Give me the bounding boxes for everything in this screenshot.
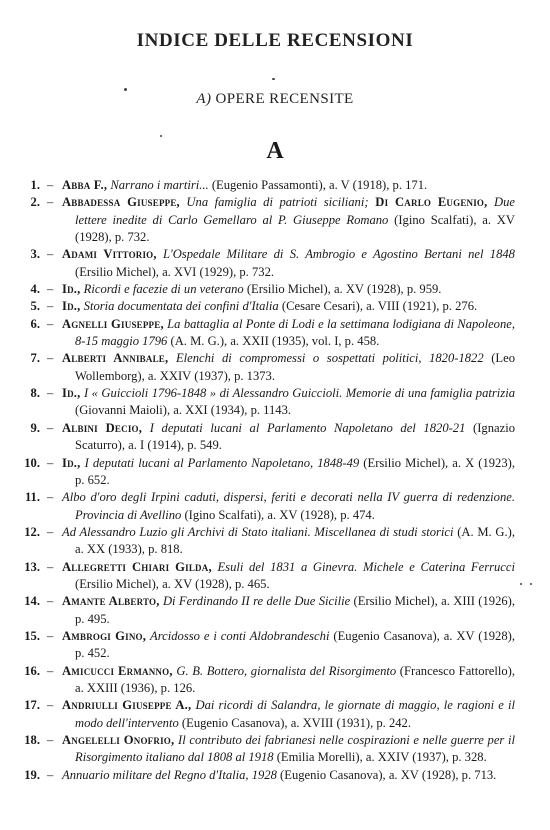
section-label: A)	[196, 91, 211, 107]
dash: –	[47, 177, 53, 194]
list-item: 16.–Amicucci Ermanno, G. B. Bottero, gio…	[0, 663, 550, 698]
entry-number: 15.	[0, 628, 40, 645]
entry-number: 14.	[0, 593, 40, 610]
dash: –	[47, 697, 53, 714]
entry-number: 11.	[0, 489, 40, 506]
entry-author: Andriulli Giuseppe A.,	[62, 698, 191, 712]
entry-work: Arcidosso e i conti Aldobrandeschi	[150, 629, 329, 643]
entry-author: Id.,	[62, 299, 81, 313]
entry-author-2: Di Carlo Eugenio,	[369, 195, 488, 209]
entry-work: Annuario militare del Regno d'Italia, 19…	[62, 768, 277, 782]
entry-number: 4.	[0, 281, 40, 298]
list-item: 2.–Abbadessa Giuseppe, Una famiglia di p…	[0, 194, 550, 246]
section-title: OPERE RECENSITE	[216, 91, 354, 107]
entry-details: (Ersilio Michel), a. XV (1928), p. 959.	[244, 282, 442, 296]
entry-author: Agnelli Giuseppe,	[62, 317, 164, 331]
entry-number: 2.	[0, 194, 40, 211]
entry-details: (A. M. G.), a. XXII (1935), vol. I, p. 4…	[167, 334, 379, 348]
entry-list: 1.–Abba F., Narrano i martiri... (Eugeni…	[0, 177, 550, 784]
entry-number: 5.	[0, 298, 40, 315]
list-item: 6.–Agnelli Giuseppe, La battaglia al Pon…	[0, 316, 550, 351]
dash: –	[47, 663, 53, 680]
dash: –	[47, 316, 53, 333]
entry-work: Esuli del 1831 a Ginevra. Michele e Cate…	[217, 560, 515, 574]
dash: –	[47, 281, 53, 298]
list-item: 19.–Annuario militare del Regno d'Italia…	[0, 767, 550, 784]
entry-number: 18.	[0, 732, 40, 749]
list-item: 13.–Allegretti Chiari Gilda, Esuli del 1…	[0, 559, 550, 594]
entry-details: (Eugenio Passamonti), a. V (1918), p. 17…	[209, 178, 428, 192]
entry-details: (Ersilio Michel), a. XVI (1929), p. 732.	[75, 265, 274, 279]
list-item: 11.–Albo d'oro degli Irpini caduti, disp…	[0, 489, 550, 524]
entry-work: Di Ferdinando II re delle Due Sicilie	[163, 594, 350, 608]
list-item: 1.–Abba F., Narrano i martiri... (Eugeni…	[0, 177, 550, 194]
dash: –	[47, 489, 53, 506]
entry-author: Albini Decio,	[62, 421, 142, 435]
dash: –	[47, 524, 53, 541]
entry-author: Id.,	[62, 456, 81, 470]
entry-details: (Eugenio Casanova), a. XV (1928), p. 713…	[277, 768, 496, 782]
entry-number: 10.	[0, 455, 40, 472]
list-item: 4.–Id., Ricordi e facezie di un veterano…	[0, 281, 550, 298]
page-title: INDICE DELLE RECENSIONI	[0, 30, 550, 52]
section-heading: A) OPERE RECENSITE	[0, 91, 550, 108]
entry-number: 19.	[0, 767, 40, 784]
list-item: 14.–Amante Alberto, Di Ferdinando II re …	[0, 593, 550, 628]
dash: –	[47, 455, 53, 472]
entry-number: 16.	[0, 663, 40, 680]
entry-author: Allegretti Chiari Gilda,	[62, 560, 212, 574]
list-item: 17.–Andriulli Giuseppe A., Dai ricordi d…	[0, 697, 550, 732]
dash: –	[47, 420, 53, 437]
entry-details: (Giovanni Maioli), a. XXI (1934), p. 114…	[75, 403, 291, 417]
scan-speck	[124, 88, 127, 91]
list-item: 15.–Ambrogi Gino, Arcidosso e i conti Al…	[0, 628, 550, 663]
list-item: 10.–Id., I deputati lucani al Parlamento…	[0, 455, 550, 490]
entry-number: 12.	[0, 524, 40, 541]
list-item: 7.–Alberti Annibale, Elenchi di comprome…	[0, 350, 550, 385]
entry-details: (Emilia Morelli), a. XXIV (1937), p. 328…	[274, 750, 487, 764]
dash: –	[47, 593, 53, 610]
entry-author: Id.,	[62, 282, 81, 296]
entry-author: Amicucci Ermanno,	[62, 664, 173, 678]
entry-work: Ricordi e facezie di un veterano	[84, 282, 244, 296]
entry-number: 7.	[0, 350, 40, 367]
entry-work: Elenchi di compromessi o sospettati poli…	[176, 351, 484, 365]
entry-number: 13.	[0, 559, 40, 576]
entry-author: Id.,	[62, 386, 81, 400]
entry-number: 9.	[0, 420, 40, 437]
entry-number: 8.	[0, 385, 40, 402]
scan-speck	[272, 78, 275, 80]
dash: –	[47, 298, 53, 315]
entry-author: Alberti Annibale,	[62, 351, 168, 365]
dash: –	[47, 246, 53, 263]
entry-work: I deputati lucani al Parlamento Napoleta…	[150, 421, 466, 435]
dash: –	[47, 194, 53, 211]
entry-work: L'Ospedale Militare di S. Ambrogio e Ago…	[163, 247, 515, 261]
dash: –	[47, 767, 53, 784]
list-item: 9.–Albini Decio, I deputati lucani al Pa…	[0, 420, 550, 455]
dash: –	[47, 350, 53, 367]
entry-details: (Cesare Cesari), a. VIII (1921), p. 276.	[279, 299, 477, 313]
entry-author: Angelelli Onofrio,	[62, 733, 174, 747]
scan-speck	[530, 583, 532, 585]
entry-author: Ambrogi Gino,	[62, 629, 146, 643]
entry-work: G. B. Bottero, giornalista del Risorgime…	[176, 664, 396, 678]
entry-work: I « Guiccioli 1796-1848 » di Alessandro …	[84, 386, 515, 400]
scan-speck	[520, 583, 522, 585]
dash: –	[47, 559, 53, 576]
entry-author: Amante Alberto,	[62, 594, 160, 608]
letter-heading: A	[0, 138, 550, 165]
dash: –	[47, 732, 53, 749]
list-item: 3.–Adami Vittorio, L'Ospedale Militare d…	[0, 246, 550, 281]
entry-details: (Igino Scalfati), a. XV (1928), p. 474.	[181, 508, 375, 522]
entry-work: Ad Alessandro Luzio gli Archivi di Stato…	[62, 525, 454, 539]
entry-number: 1.	[0, 177, 40, 194]
entry-number: 17.	[0, 697, 40, 714]
entry-number: 3.	[0, 246, 40, 263]
entry-number: 6.	[0, 316, 40, 333]
entry-work: I deputati lucani al Parlamento Napoleta…	[85, 456, 360, 470]
entry-author: Abba F.,	[62, 178, 107, 192]
entry-work: Una famiglia di patrioti siciliani;	[186, 195, 368, 209]
entry-work: Narrano i martiri...	[110, 178, 208, 192]
list-item: 12.–Ad Alessandro Luzio gli Archivi di S…	[0, 524, 550, 559]
entry-author: Abbadessa Giuseppe,	[62, 195, 180, 209]
list-item: 5.–Id., Storia documentata dei confini d…	[0, 298, 550, 315]
dash: –	[47, 628, 53, 645]
entry-details: (Ersilio Michel), a. XV (1928), p. 465.	[75, 577, 270, 591]
list-item: 18.–Angelelli Onofrio, Il contributo dei…	[0, 732, 550, 767]
list-item: 8.–Id., I « Guiccioli 1796-1848 » di Ale…	[0, 385, 550, 420]
entry-work: Storia documentata dei confini d'Italia	[84, 299, 279, 313]
dash: –	[47, 385, 53, 402]
entry-author: Adami Vittorio,	[62, 247, 157, 261]
entry-details: (Eugenio Casanova), a. XVIII (1931), p. …	[179, 716, 411, 730]
scan-speck	[160, 135, 162, 137]
